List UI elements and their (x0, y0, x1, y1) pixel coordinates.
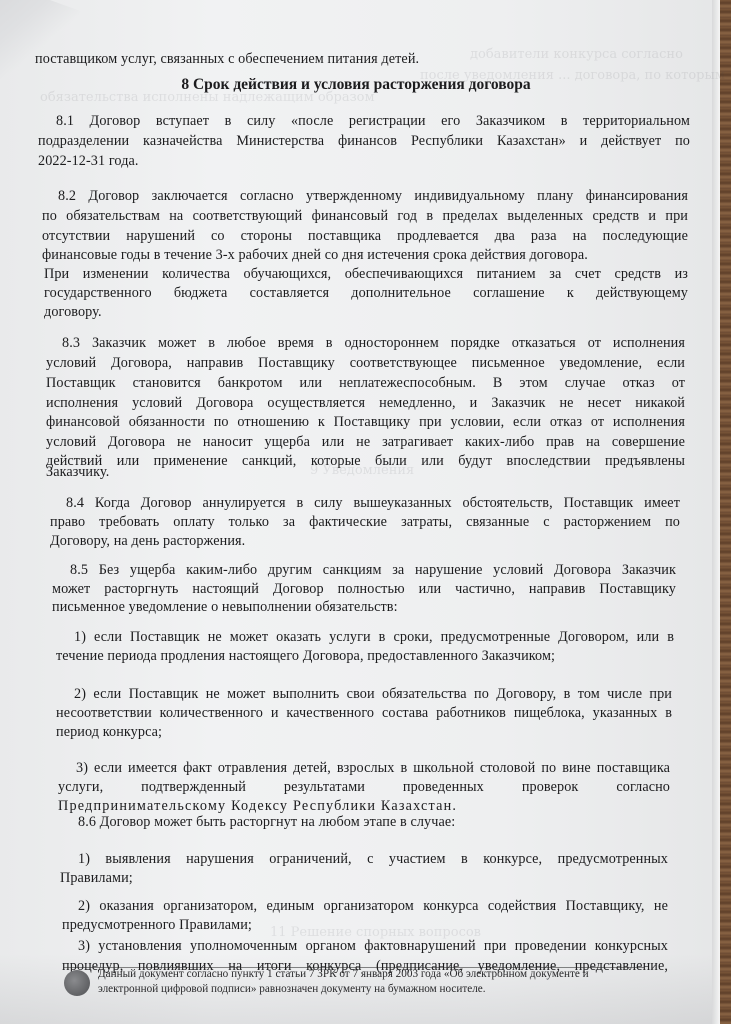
clause-8-2-line: государственного бюджета составляется до… (44, 284, 688, 302)
clause-8-3-line: Заказчику. (46, 463, 109, 481)
clause-8-5-item-2-line: 2) если Поставщик не может выполнить сво… (74, 685, 672, 703)
clause-8-4-line: Договору, на день расторжения. (50, 532, 245, 550)
clause-8-3-line: Поставщик становится банкротом или непла… (46, 374, 685, 392)
clause-8-6-item-1-line: 1) выявления нарушения ограничений, с уч… (78, 850, 668, 868)
clause-8-4-line: 8.4 Когда Договор аннулируется в силу вы… (66, 494, 680, 512)
clause-8-6-item-1-line: Правилами; (60, 869, 133, 887)
clause-8-2-line: договору. (44, 303, 102, 321)
clause-8-1-line: 8.1 Договор вступает в силу «после регис… (56, 112, 690, 130)
clause-8-5-line: письменное уведомление о невыполнении об… (52, 598, 398, 616)
clause-8-5-item-1-line: течение периода продления настоящего Дог… (56, 647, 555, 665)
clause-8-2-line: финансовые годы в течение 3-х рабочих дн… (42, 246, 588, 264)
clause-8-1-line: подразделении казначейства Министерства … (38, 132, 690, 150)
show-through-text: добавители конкурса согласно (470, 47, 683, 62)
clause-8-5-item-2-line: несоответствии количественного и качеств… (56, 704, 672, 722)
clause-8-3-line: условий Договора, направив Поставщику со… (46, 354, 685, 372)
clause-8-3-line: условий Договора не наносит ущерба или н… (46, 433, 685, 451)
clause-8-2-line: по обязательствам на соответствующий фин… (42, 207, 688, 225)
clause-8-5-item-2-line: период конкурса; (56, 723, 162, 741)
clause-8-6-line: 8.6 Договор может быть расторгнут на люб… (78, 813, 455, 831)
clause-8-3-line: 8.3 Заказчик может в любое время в однос… (62, 334, 685, 352)
digital-signature-stamp-icon (64, 970, 90, 996)
clause-8-3-line: исполнения условий Договора осуществляет… (46, 394, 685, 412)
clause-8-5-item-1-line: 1) если Поставщик не может оказать услуг… (74, 628, 674, 646)
clause-8-1-line: 2022-12-31 года. (38, 152, 139, 170)
clause-8-5-line: может расторгнуть настоящий Договор полн… (52, 580, 676, 598)
clause-8-2-line: 8.2 Договор заключается согласно утвержд… (58, 187, 688, 205)
clause-8-2-line: При изменении количества обучающихся, об… (44, 265, 688, 283)
section-title: 8 Срок действия и условия расторжения до… (0, 76, 712, 94)
clause-8-6-item-2-line: предусмотренного Правилами; (62, 916, 252, 934)
clause-8-3-line: действий или применение санкций, которые… (46, 452, 685, 470)
clause-8-3-line: финансовой обязанности по отношению к По… (46, 413, 685, 431)
clause-8-6-item-2-line: 2) оказания организатором, единым органи… (78, 897, 668, 915)
clause-8-5-item-3-line: 3) если имеется факт отравления детей, в… (76, 759, 670, 777)
clause-8-2-line: отсутствии нарушений со стороны поставщи… (42, 227, 688, 245)
clause-8-4-line: право требовать оплату только за фактиче… (50, 513, 680, 531)
underlying-page-edge (712, 0, 720, 1024)
clause-8-6-item-3-line: 3) установления уполномоченным органом ф… (78, 937, 668, 955)
clause-8-5-line: 8.5 Без ущерба каким-либо другим санкция… (70, 561, 676, 579)
document-page: добавители конкурса согласно после уведо… (0, 0, 712, 1024)
clause-8-5-item-3-line: услуги, подтвержденный результатами пров… (58, 778, 670, 796)
e-document-notice-line: электронной цифровой подписи» равнозначе… (98, 982, 486, 997)
e-document-notice-line: Данный документ согласно пункту 1 статьи… (98, 967, 589, 982)
lead-line: поставщиком услуг, связанных с обеспечен… (35, 50, 419, 68)
